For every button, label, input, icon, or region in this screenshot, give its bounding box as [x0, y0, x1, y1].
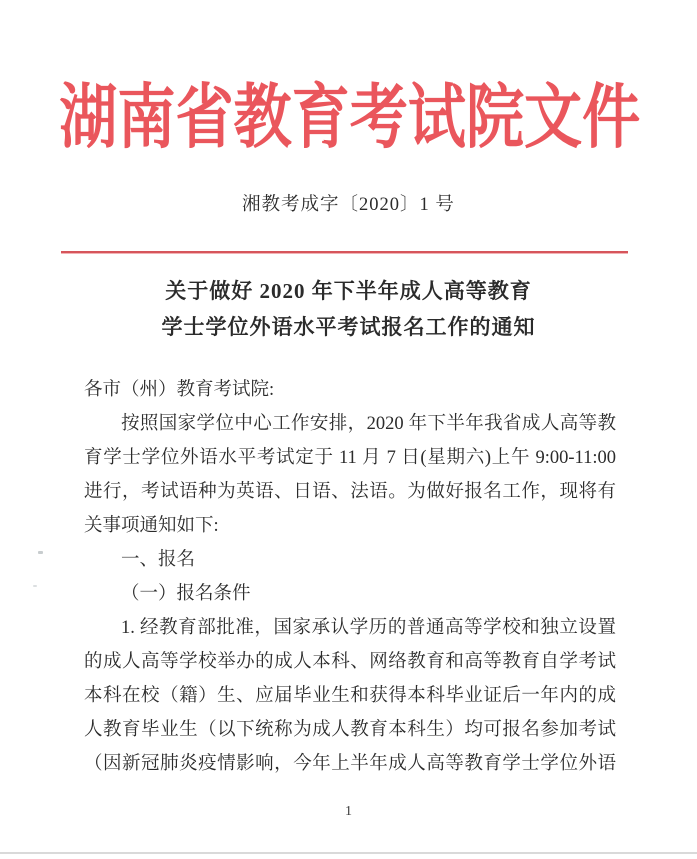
notice-title: 关于做好 2020 年下半年成人高等教育 学士学位外语水平考试报名工作的通知 [0, 273, 697, 345]
section-heading-registration: 一、报名 [84, 543, 616, 577]
scan-artifact-speck [33, 585, 37, 587]
item1-paragraph-line: 1. 经教育部批准，国家承认学历的普通高等学校和独立设置 [84, 611, 616, 645]
item1-paragraph-line: 的成人高等学校举办的成人本科、网络教育和高等教育自学考试 [84, 645, 616, 679]
item1-paragraph-line: 人教育毕业生（以下统称为成人教育本科生）均可报名参加考试 [84, 713, 616, 747]
scanned-page-bottom-edge [0, 852, 697, 854]
subsection-heading-conditions: （一）报名条件 [84, 577, 616, 611]
notice-title-line-2: 学士学位外语水平考试报名工作的通知 [0, 309, 697, 345]
scan-artifact-speck [38, 551, 43, 554]
intro-paragraph-line: 育学士学位外语水平考试定于 11 月 7 日(星期六)上午 9:00-11:00 [84, 441, 616, 475]
scanned-official-document-page: 湖南省教育考试院文件 湘教考成字〔2020〕1 号 关于做好 2020 年下半年… [0, 0, 697, 859]
red-divider-rule [61, 251, 628, 253]
document-reference-number: 湘教考成字〔2020〕1 号 [0, 192, 697, 218]
item1-paragraph-line: （因新冠肺炎疫情影响，今年上半年成人高等教育学士学位外语 [84, 747, 616, 781]
item1-paragraph-line: 本科在校（籍）生、应届毕业生和获得本科毕业证后一年内的成 [84, 679, 616, 713]
notice-title-line-1: 关于做好 2020 年下半年成人高等教育 [0, 273, 697, 309]
intro-paragraph-line: 按照国家学位中心工作安排，2020 年下半年我省成人高等教 [84, 407, 616, 441]
intro-paragraph-line: 关事项通知如下: [84, 509, 616, 543]
agency-banner-title: 湖南省教育考试院文件 [59, 76, 638, 162]
salutation-line: 各市（州）教育考试院: [84, 373, 616, 407]
footer-page-number: 1 [0, 803, 697, 821]
document-body: 各市（州）教育考试院: 按照国家学位中心工作安排，2020 年下半年我省成人高等… [84, 373, 616, 781]
intro-paragraph-line: 进行，考试语种为英语、日语、法语。为做好报名工作，现将有 [84, 475, 616, 509]
